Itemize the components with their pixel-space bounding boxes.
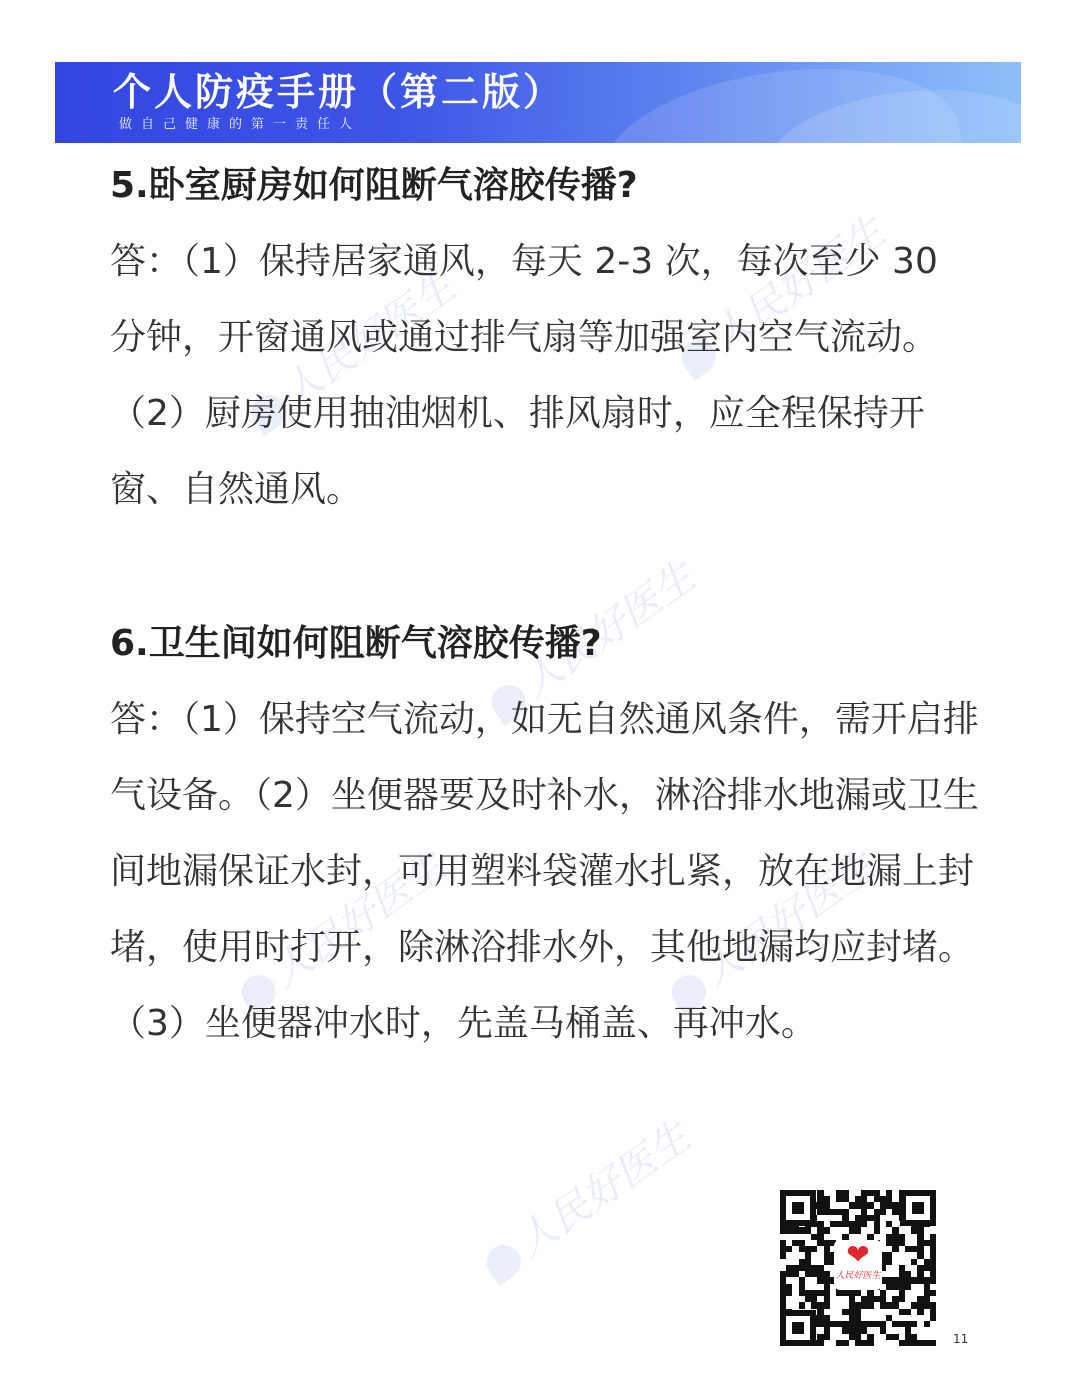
qr-finder-pattern: [780, 1310, 816, 1346]
heart-icon: ❤: [834, 1240, 882, 1270]
document-title: 个人防疫手册（第二版）: [113, 68, 564, 116]
header-banner: 个人防疫手册（第二版） 做自己健康的第一责任人: [55, 62, 1021, 143]
question-heading: 6.卫生间如何阻断气溶胶传播?: [110, 622, 602, 666]
qr-finder-pattern: [900, 1190, 936, 1226]
document-subtitle: 做自己健康的第一责任人: [119, 117, 361, 133]
page-number: 11: [953, 1332, 968, 1346]
question-heading: 5.卧室厨房如何阻断气溶胶传播?: [110, 164, 638, 208]
qr-finder-pattern: [780, 1190, 816, 1226]
qr-center-logo: ❤ 人民好医生: [834, 1240, 882, 1290]
answer-text: 答：（1）保持空气流动，如无自然通风条件，需开启排气设备。（2）坐便器要及时补水…: [110, 682, 980, 1062]
answer-text: 答：（1）保持居家通风，每天 2-3 次，每次至少 30 分钟，开窗通风或通过排…: [110, 224, 980, 528]
watermark: 人民好医生: [470, 1106, 699, 1290]
qr-code[interactable]: ❤ 人民好医生: [780, 1190, 936, 1346]
